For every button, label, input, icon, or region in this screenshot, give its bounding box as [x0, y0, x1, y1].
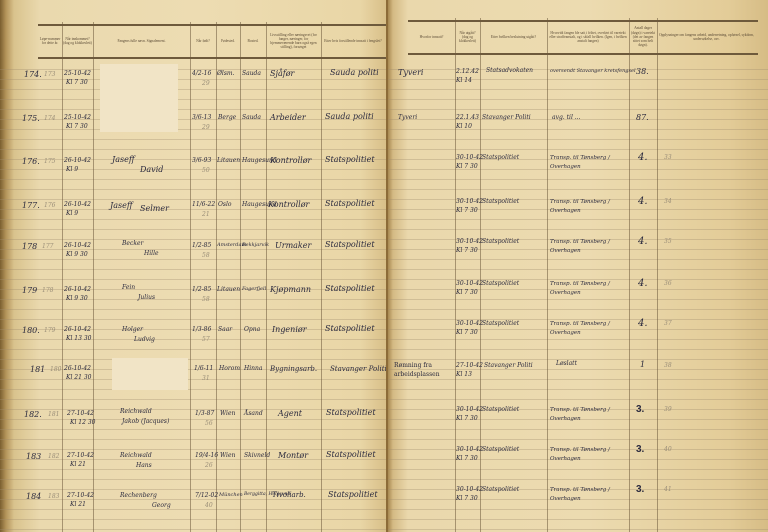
beslutning: Statspolitiet — [482, 154, 519, 161]
innkommet-dato: 26-10-42 — [64, 242, 91, 249]
beslutning: Statsadvokaten — [486, 67, 533, 74]
left-page: Løpe-nummer for dette år. Når innkommet?… — [0, 0, 388, 532]
header-beslutning: Etter hvilken beslutning utgått? — [480, 22, 547, 52]
innkommet-kl: Kl 12 30 — [70, 419, 96, 426]
dager: 1 — [640, 360, 645, 369]
bosted: Opna — [244, 326, 260, 333]
innkommet-dato: 26-10-42 — [64, 201, 91, 208]
stilling: Sjåfør — [270, 69, 294, 78]
navn-etternavn: Reichwald — [120, 408, 152, 415]
utgatt-dato: 30-10-42 — [456, 280, 483, 287]
navn-etternavn: Reichwald — [120, 452, 152, 459]
bosted: Fagerfjell — [242, 286, 266, 292]
alt-number: 174 — [44, 115, 55, 122]
stilling: Kjøpmann — [270, 285, 311, 294]
navn-etternavn: Becker — [122, 240, 143, 247]
innsatt-av: Statspolitiet — [325, 155, 375, 164]
utgatt-dato: 30-10-42 — [456, 320, 483, 327]
nr: 38 — [664, 362, 672, 369]
beslutning: Statspolitiet — [482, 320, 519, 327]
nr: 41 — [664, 486, 672, 493]
dager: 4. — [638, 236, 648, 247]
fodt: 11/6-22 — [192, 201, 215, 208]
alt-number: 183 — [48, 493, 59, 500]
innkommet-dato: 27-10-42 — [67, 410, 94, 417]
nr: 39 — [664, 406, 672, 413]
bosted: Sauda — [242, 114, 261, 121]
overfort: avg. til ... — [552, 114, 581, 121]
overfort: Løslatt — [556, 360, 577, 367]
beslutning: Statspolitiet — [482, 406, 519, 413]
stilling: Bygningsarb. — [270, 365, 317, 373]
fodested: Ølsm. — [217, 70, 235, 77]
utgatt-kl: Kl 10 — [456, 123, 472, 130]
nr: 35 — [664, 238, 672, 245]
fodested: Berge — [218, 114, 236, 121]
overfort: Transp. til Tønsberg / Overhagen — [550, 238, 620, 256]
navn-fornavn: Hans — [136, 462, 152, 469]
innkommet-dato: 25-10-42 — [64, 70, 91, 77]
stilling: Urmaker — [275, 241, 311, 250]
innkommet-kl: Kl 13 30 — [66, 335, 92, 342]
innkommet-dato: 25-10-42 — [64, 114, 91, 121]
table-row: 182. 181 27-10-42 Kl 12 30 Reichwald Jak… — [0, 408, 388, 448]
table-row: 177. 176 26-10-42 Kl 9 Jaseff Selmer 11/… — [0, 199, 388, 239]
alt-number: 178 — [42, 287, 53, 294]
innkommet-dato: 27-10-42 — [67, 452, 94, 459]
fodested: Horom — [219, 365, 240, 372]
utgatt-dato: 30-10-42 — [456, 406, 483, 413]
navn-etternavn: Rechenberg — [120, 492, 157, 499]
navn-etternavn: Fein — [122, 284, 135, 291]
bosted: Åsand — [244, 410, 263, 417]
alder: 58 — [202, 296, 210, 303]
hvorfor: Rømning fra arbeidsplassen — [394, 361, 456, 379]
navn-fornavn: Jakob (Jacques) — [122, 418, 169, 425]
header-fodt: Når født? — [190, 26, 216, 56]
utgatt-dato: 27-10-42 — [456, 362, 483, 369]
dager: 38. — [636, 67, 649, 76]
fodested: Wien — [220, 410, 235, 417]
utgatt-kl: Kl 13 — [456, 371, 472, 378]
innsatt-av: Statspolitiet — [326, 408, 376, 417]
fodested: Oslo — [218, 201, 232, 208]
dager: 4. — [638, 318, 648, 329]
beslutning: Statspolitiet — [482, 486, 519, 493]
lopenummer: 176. — [22, 157, 40, 166]
utgatt-kl: Kl 7 30 — [456, 163, 478, 170]
utgatt-kl: Kl 7 30 — [456, 415, 478, 422]
fodt: 3/6-93 — [192, 157, 211, 164]
table-row: 180. 179 26-10-42 Kl 13 30 Holger Ludvig… — [0, 324, 388, 364]
alt-number: 177 — [42, 243, 53, 250]
stilling: Montør — [278, 451, 308, 460]
lopenummer: 184 — [26, 492, 41, 501]
innsatt-av: Statspolitiet — [328, 490, 378, 499]
utgatt-dato: 30-10-42 — [456, 238, 483, 245]
navn-fornavn: Georg — [152, 502, 171, 509]
fodt: 3/6-13 — [192, 114, 211, 121]
innsatt-av: Statspolitiet — [325, 324, 375, 333]
fodested: Litauen — [217, 157, 240, 164]
beslutning: Stavanger Politi — [484, 362, 533, 369]
innkommet-kl: Kl 21 — [70, 501, 86, 508]
table-row: 30-10-42 Kl 7 30 Statspolitiet Transp. t… — [388, 484, 768, 524]
table-row: 30-10-42 Kl 7 30 Statspolitiet Transp. t… — [388, 404, 768, 444]
dager: 3. — [636, 404, 644, 415]
dager: 4. — [638, 196, 648, 207]
header-stilling: Livsstilling eller næringsvei (for fange… — [266, 26, 321, 56]
lopenummer: 178 — [22, 242, 37, 251]
innkommet-kl: Kl 9 30 — [66, 251, 88, 258]
beslutning: Statspolitiet — [482, 198, 519, 205]
table-row: Rømning fra arbeidsplassen 27-10-42 Kl 1… — [388, 360, 768, 400]
beslutning: Statspolitiet — [482, 446, 519, 453]
innsatt-av: Statspolitiet — [325, 284, 375, 293]
header-lopenummer: Løpe-nummer for dette år. — [38, 26, 62, 56]
beslutning: Stavanger Politi — [482, 114, 531, 121]
overfort: Transp. til Tønsberg / Overhagen — [550, 320, 620, 338]
innkommet-dato: 27-10-42 — [67, 492, 94, 499]
utgatt-kl: Kl 14 — [456, 77, 472, 84]
fodt: 1/2-85 — [192, 286, 211, 293]
innkommet-kl: Kl 7 30 — [66, 123, 88, 130]
table-row: 30-10-42 Kl 7 30 Statspolitiet Transp. t… — [388, 196, 768, 236]
table-row: 30-10-42 Kl 7 30 Statspolitiet Transp. t… — [388, 318, 768, 358]
innsatt-av: Sauda politi — [325, 112, 374, 121]
navn-etternavn: Jaseff — [110, 201, 132, 210]
table-row: 30-10-42 Kl 7 30 Statspolitiet Transp. t… — [388, 236, 768, 276]
nr: 36 — [664, 280, 672, 287]
navn-etternavn: Jaseff — [112, 155, 134, 164]
navn-fornavn: Selmer — [140, 204, 169, 213]
utgatt-kl: Kl 7 30 — [456, 247, 478, 254]
lopenummer: 174. — [24, 70, 42, 79]
overfort: Transp. til Tønsberg / Overhagen — [550, 486, 620, 504]
fodt: 1/3-86 — [192, 326, 211, 333]
alder: 29 — [202, 124, 210, 131]
table-row: 184 183 27-10-42 Kl 21 Rechenberg Georg … — [0, 490, 388, 530]
table-row: 176. 175 26-10-42 Kl 9 Jaseff David 3/6-… — [0, 155, 388, 195]
lopenummer: 181 — [30, 365, 45, 374]
hvorfor: Tyveri — [398, 114, 417, 121]
bosted: Sauda — [242, 70, 261, 77]
table-row: 174. 173 25-10-42 Kl 7 30 4/2-16 29 Ølsm… — [0, 68, 388, 108]
utgatt-dato: 30-10-42 — [456, 154, 483, 161]
utgatt-dato: 30-10-42 — [456, 486, 483, 493]
navn-fornavn: Ludvig — [134, 336, 155, 343]
innkommet-kl: Kl 7 30 — [66, 79, 88, 86]
table-row: 178 177 26-10-42 Kl 9 30 Becker Hille 1/… — [0, 240, 388, 280]
nr: 33 — [664, 154, 672, 161]
header-bottom-rule — [408, 53, 758, 55]
alder: 31 — [202, 375, 210, 382]
table-row: 181 180 26-10-42 Kl 21 30 1/6-11 31 Horo… — [0, 363, 388, 403]
fodested: Litauen — [217, 286, 240, 293]
table-row: 183 182 27-10-42 Kl 21 Reichwald Hans 19… — [0, 450, 388, 490]
nr: 34 — [664, 198, 672, 205]
innsatt-av: Stavanger Politi — [330, 365, 387, 373]
utgatt-kl: Kl 7 30 — [456, 455, 478, 462]
header-bottom-rule — [38, 57, 388, 59]
nr: 40 — [664, 446, 672, 453]
alder: 21 — [202, 211, 210, 218]
fodt: 1/6-11 — [194, 365, 213, 372]
utgatt-kl: Kl 7 30 — [456, 289, 478, 296]
innkommet-dato: 26-10-42 — [64, 157, 91, 164]
alder: 57 — [202, 336, 210, 343]
utgatt-dato: 22.1.43 — [456, 114, 479, 121]
alt-number: 173 — [44, 71, 55, 78]
dager: 4. — [638, 278, 648, 289]
bosted: Bekkjarvik — [242, 242, 269, 248]
utgatt-kl: Kl 7 30 — [456, 495, 478, 502]
header-innsatt-av: Etter hvis forstillende innsatt i fengsl… — [321, 26, 385, 56]
alt-number: 181 — [48, 411, 59, 418]
innsatt-av: Statspolitiet — [325, 240, 375, 249]
overfort: Transp. til Tønsberg / Overhagen — [550, 198, 620, 216]
stilling: Agent — [278, 409, 302, 418]
innkommet-kl: Kl 9 — [66, 166, 78, 173]
stilling: Kontrollør — [270, 156, 311, 165]
fodt: 1/3-87 — [195, 410, 214, 417]
lopenummer: 183 — [26, 452, 41, 461]
dager: 4. — [638, 152, 648, 163]
nr: 37 — [664, 320, 672, 327]
header-fodested: Fødested. — [216, 26, 240, 56]
alt-number: 182 — [48, 453, 59, 460]
innsatt-av: Sauda politi — [330, 68, 379, 77]
table-row: Tyveri 22.1.43 Kl 10 Stavanger Politi av… — [388, 112, 768, 152]
dager: 3. — [636, 484, 644, 495]
alder: 50 — [202, 167, 210, 174]
alder: 56 — [205, 420, 213, 427]
fodt: 19/4-16 — [195, 452, 218, 459]
overfort: Transp. til Tønsberg / Overhagen — [550, 154, 620, 172]
fodt: 7/12-02 — [195, 492, 218, 499]
fodested: Wien — [220, 452, 235, 459]
innsatt-av: Statspolitiet — [326, 450, 376, 459]
table-row: 30-10-42 Kl 7 30 Statspolitiet Transp. t… — [388, 278, 768, 318]
utgatt-dato: 30-10-42 — [456, 198, 483, 205]
table-row: 30-10-42 Kl 7 30 Statspolitiet Transp. t… — [388, 444, 768, 484]
innkommet-dato: 26-10-42 — [64, 365, 91, 372]
hvorfor: Tyveri — [398, 68, 424, 77]
overfort: Transp. til Tønsberg / Overhagen — [550, 406, 620, 424]
table-row: 30-10-42 Kl 7 30 Statspolitiet Transp. t… — [388, 152, 768, 192]
overfort: Transp. til Tønsberg / Overhagen — [550, 280, 620, 298]
fodt: 4/2-16 — [192, 70, 211, 77]
header-bosted: Bosted. — [240, 26, 266, 56]
lopenummer: 175. — [22, 114, 40, 123]
header-opplysninger: Opplysninger om fangens arbeid, underret… — [657, 22, 756, 52]
lopenummer: 179 — [22, 286, 37, 295]
alder: 40 — [205, 502, 213, 509]
stilling: Ingeniør — [272, 325, 307, 334]
innkommet-kl: Kl 21 — [70, 461, 86, 468]
navn-fornavn: Hille — [144, 250, 159, 257]
innkommet-dato: 26-10-42 — [64, 326, 91, 333]
stilling: Tivoliarb. — [272, 491, 306, 499]
lopenummer: 177. — [22, 201, 40, 210]
utgatt-dato: 30-10-42 — [456, 446, 483, 453]
utgatt-kl: Kl 7 30 — [456, 207, 478, 214]
overfort: oversendt Stavanger kretsfengsel — [550, 68, 636, 74]
beslutning: Statspolitiet — [482, 238, 519, 245]
stilling: Kontrollør — [268, 200, 309, 209]
innsatt-av: Statspolitiet — [325, 199, 375, 208]
bosted: Skivneld — [244, 452, 270, 459]
alt-number: 180 — [50, 366, 61, 373]
navn-fornavn: Julius — [138, 294, 155, 301]
utgatt-dato: 2.12.42 — [456, 68, 479, 75]
navn-fornavn: David — [140, 165, 163, 174]
bosted: Hinna — [244, 365, 262, 372]
innkommet-kl: Kl 9 30 — [66, 295, 88, 302]
alder: 26 — [205, 462, 213, 469]
innkommet-dato: 26-10-42 — [64, 286, 91, 293]
header-navn: Fangens fulle navn. Signalement. — [93, 26, 190, 56]
header-overfort: Hvorvidt fangen ble satt i frihet, overf… — [547, 22, 629, 52]
navn-etternavn: Holger — [122, 326, 143, 333]
stilling: Arbeider — [270, 113, 306, 122]
dager: 87. — [636, 113, 649, 122]
fodt: 1/2-85 — [192, 242, 211, 249]
overfort: Transp. til Tønsberg / Overhagen — [550, 446, 620, 464]
table-row: Tyveri 2.12.42 Kl 14 Statsadvokaten over… — [388, 66, 768, 106]
utgatt-kl: Kl 7 30 — [456, 329, 478, 336]
alt-number: 179 — [44, 327, 55, 334]
fodested: München — [219, 492, 243, 498]
header-hvorfor: Hvorfor innsatt? — [408, 22, 455, 52]
lopenummer: 180. — [22, 326, 40, 335]
dager: 3. — [636, 444, 644, 455]
beslutning: Statspolitiet — [482, 280, 519, 287]
innkommet-kl: Kl 9 — [66, 210, 78, 217]
header-innkommet: Når innkommet? (dag og klokkeslett) — [62, 26, 93, 56]
right-page: Hvorfor innsatt? Når utgått? (dag og klo… — [388, 0, 768, 532]
alt-number: 176 — [44, 202, 55, 209]
header-dager: Antall dager (døgn) i varetekt (det av f… — [629, 22, 657, 52]
table-row: 175. 174 25-10-42 Kl 7 30 3/6-13 29 Berg… — [0, 112, 388, 152]
header-utgatt: Når utgått? (dag og klokkeslett) — [455, 22, 480, 52]
alt-number: 175 — [44, 158, 55, 165]
alder: 58 — [202, 252, 210, 259]
fodested: Saar — [218, 326, 232, 333]
alder: 29 — [202, 80, 210, 87]
innkommet-kl: Kl 21 30 — [66, 374, 92, 381]
lopenummer: 182. — [24, 410, 42, 419]
table-row: 179 178 26-10-42 Kl 9 30 Fein Julius 1/2… — [0, 284, 388, 324]
